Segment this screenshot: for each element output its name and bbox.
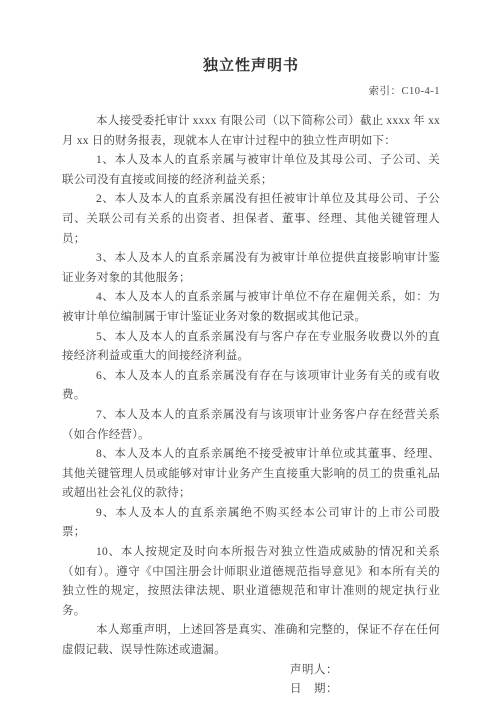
statement-item-4: 4、本人及本人的直系亲属与被审计单位不存在雇佣关系，如：为被审计单位编制属于审计… bbox=[62, 288, 440, 327]
signature-block: 声明人： 日 期： bbox=[290, 661, 440, 700]
statement-item-5: 5、本人及本人的直系亲属没有与客户存在专业服务收费以外的直接经济利益或重大的间接… bbox=[62, 328, 440, 367]
statement-item-3: 3、本人及本人的直系亲属没有为被审计单位提供直接影响审计鉴证业务对象的其他服务； bbox=[62, 249, 440, 288]
intro-paragraph: 本人接受委托审计 xxxx 有限公司（以下简称公司）截止 xxxx 年 xx 月… bbox=[62, 112, 440, 151]
statement-item-7: 7、本人及本人的直系亲属没有与该项审计业务客户存在经营关系（如合作经营）。 bbox=[62, 406, 440, 445]
statement-item-9: 9、本人及本人的直系亲属绝不购买经本公司审计的上市公司股票； bbox=[62, 504, 440, 543]
page-title: 独立性声明书 bbox=[62, 56, 440, 76]
document-page: 独立性声明书 索引：C10-4-1 本人接受委托审计 xxxx 有限公司（以下简… bbox=[0, 0, 500, 708]
statement-item-6: 6、本人及本人的直系亲属没有存在与该项审计业务有关的或有收费。 bbox=[62, 367, 440, 406]
statement-item-1: 1、本人及本人的直系亲属与被审计单位及其母公司、子公司、关联公司没有直接或间接的… bbox=[62, 151, 440, 190]
statement-item-2: 2、本人及本人的直系亲属没有担任被审计单位及其母公司、子公司、关联公司有关系的出… bbox=[62, 190, 440, 249]
document-body: 本人接受委托审计 xxxx 有限公司（以下简称公司）截止 xxxx 年 xx 月… bbox=[62, 112, 440, 661]
signer-label: 声明人： bbox=[290, 661, 440, 681]
closing-paragraph: 本人郑重声明，上述回答是真实、准确和完整的，保证不存在任何虚假记载、误导性陈述或… bbox=[62, 621, 440, 660]
statement-item-10: 10、本人按规定及时向本所报告对独立性造成威胁的情况和关系（如有）。遵守《中国注… bbox=[62, 543, 440, 621]
statement-item-8: 8、本人及本人的直系亲属绝不接受被审计单位或其董事、经理、其他关键管理人员或能够… bbox=[62, 445, 440, 504]
index-reference: 索引：C10-4-1 bbox=[62, 85, 440, 98]
date-label: 日 期： bbox=[290, 680, 440, 700]
